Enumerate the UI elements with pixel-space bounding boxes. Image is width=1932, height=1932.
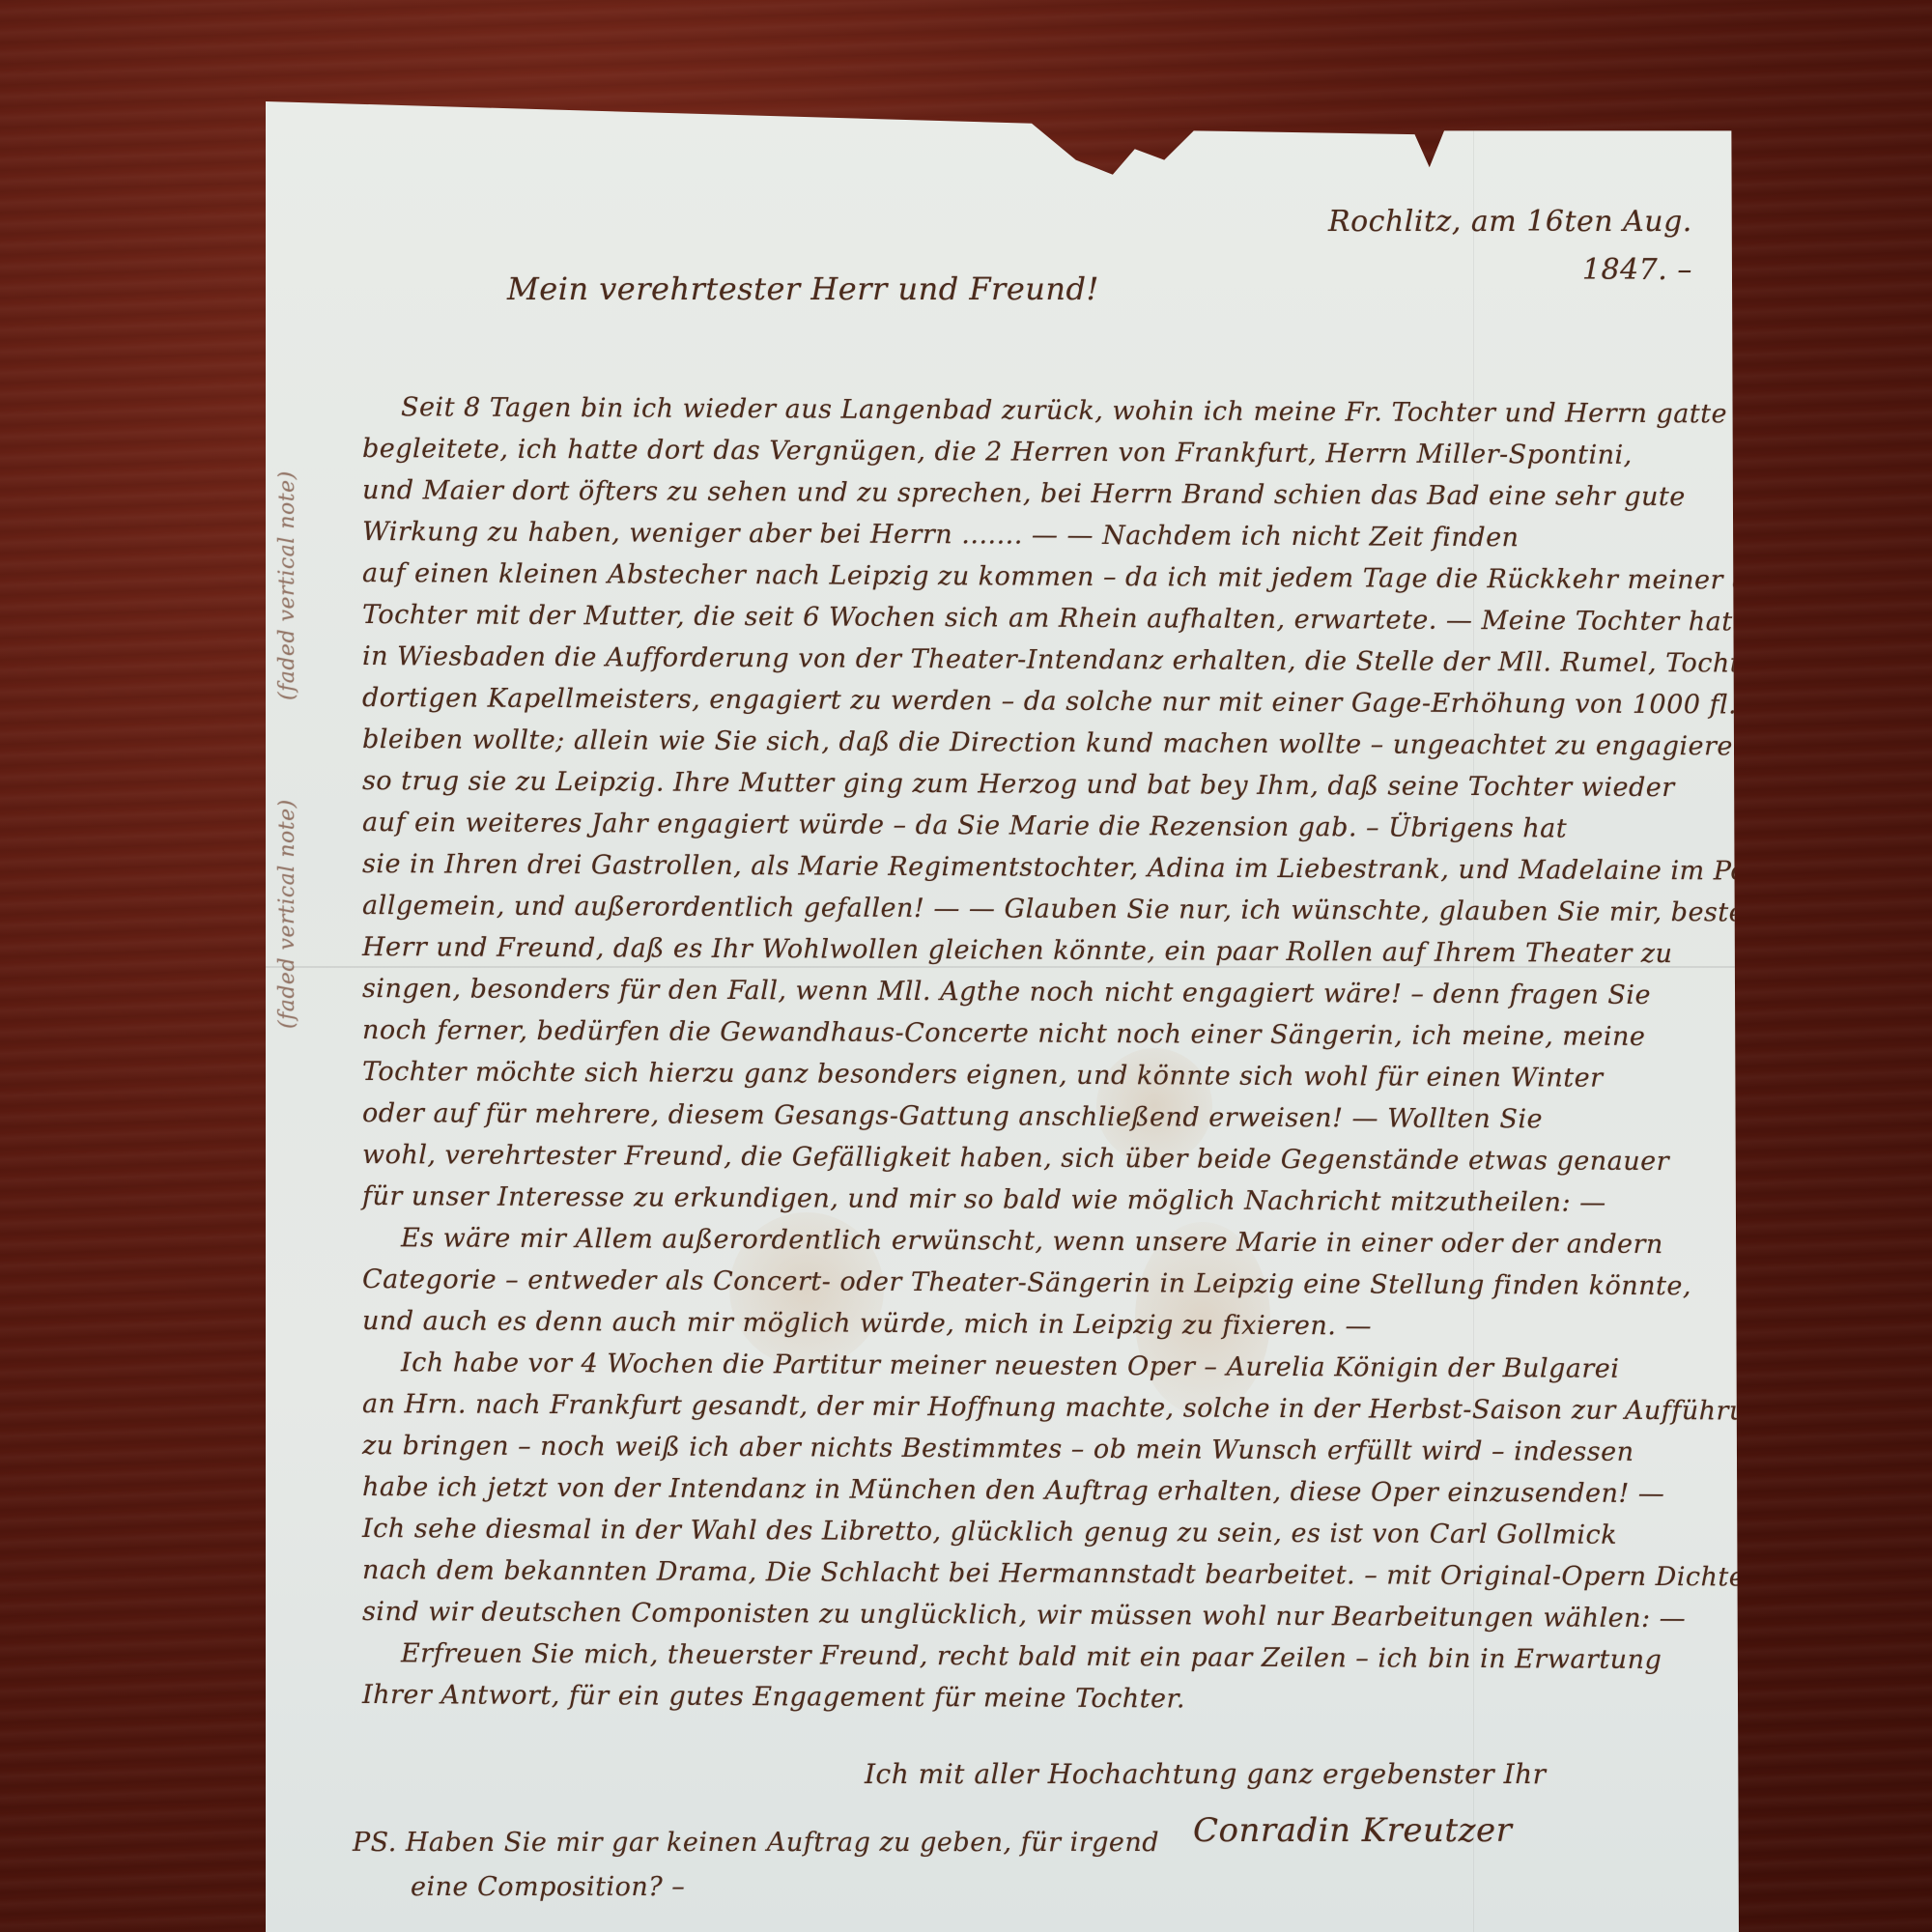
- body-line: sind wir deutschen Componisten zu unglüc…: [362, 1591, 1715, 1639]
- body-line: allgemein, und außerordentlich gefallen!…: [362, 885, 1715, 933]
- body-line: an Hrn. nach Frankfurt gesandt, der mir …: [362, 1383, 1715, 1432]
- margin-note: (faded vertical note): [275, 470, 299, 700]
- postscript: PS. Haben Sie mir gar keinen Auftrag zu …: [353, 1821, 1159, 1910]
- body-line: Erfreuen Sie mich, theuerster Freund, re…: [362, 1633, 1715, 1681]
- body-line: wohl, verehrtester Freund, die Gefälligk…: [362, 1134, 1715, 1182]
- body-line: habe ich jetzt von der Intendanz in Münc…: [362, 1466, 1715, 1515]
- place-date: Rochlitz, am 16ten Aug. 1847. –: [1328, 198, 1692, 295]
- body-line: für unser Interesse zu erkundigen, und m…: [362, 1176, 1715, 1224]
- postscript-line: eine Composition? –: [353, 1865, 1159, 1910]
- body-line: und auch es denn auch mir möglich würde,…: [362, 1300, 1715, 1349]
- postscript-line: PS. Haben Sie mir gar keinen Auftrag zu …: [353, 1821, 1159, 1865]
- body-line: so trug sie zu Leipzig. Ihre Mutter ging…: [362, 760, 1715, 809]
- body-line: Tochter mit der Mutter, die seit 6 Woche…: [362, 594, 1715, 642]
- body-line: dortigen Kapellmeisters, engagiert zu we…: [362, 677, 1715, 725]
- year-line: 1847. –: [1328, 246, 1692, 295]
- body-line: bleiben wollte; allein wie Sie sich, daß…: [362, 719, 1715, 767]
- body-line: Categorie – entweder als Concert- oder T…: [362, 1259, 1715, 1307]
- body-line: Ihrer Antwort, für ein gutes Engagement …: [362, 1674, 1715, 1722]
- letter-body: Seit 8 Tagen bin ich wieder aus Langenba…: [362, 386, 1715, 1716]
- body-line: zu bringen – noch weiß ich aber nichts B…: [362, 1425, 1715, 1473]
- body-line: und Maier dort öfters zu sehen und zu sp…: [362, 469, 1715, 518]
- body-line: Seit 8 Tagen bin ich wieder aus Langenba…: [362, 386, 1715, 435]
- body-line: nach dem bekannten Drama, Die Schlacht b…: [362, 1549, 1715, 1598]
- body-line: singen, besonders für den Fall, wenn Mll…: [362, 968, 1715, 1016]
- body-line: Wirkung zu haben, weniger aber bei Herrn…: [362, 511, 1715, 559]
- body-line: Ich sehe diesmal in der Wahl des Librett…: [362, 1508, 1715, 1556]
- body-line: auf ein weiteres Jahr engagiert würde – …: [362, 802, 1715, 850]
- body-line: Herr und Freund, daß es Ihr Wohlwollen g…: [362, 926, 1715, 975]
- margin-note: (faded vertical note): [275, 799, 299, 1029]
- signature: Conradin Kreutzer: [1193, 1811, 1512, 1850]
- body-line: noch ferner, bedürfen die Gewandhaus-Con…: [362, 1009, 1715, 1058]
- body-line: Ich habe vor 4 Wochen die Partitur meine…: [362, 1342, 1715, 1390]
- letter-sheet: (faded vertical note) (faded vertical no…: [266, 101, 1739, 1932]
- salutation: Mein verehrtester Herr und Freund!: [507, 270, 1099, 307]
- place-date-line: Rochlitz, am 16ten Aug.: [1328, 198, 1692, 246]
- closing-formula: Ich mit aller Hochachtung ganz ergebenst…: [865, 1758, 1547, 1790]
- body-line: sie in Ihren drei Gastrollen, als Marie …: [362, 843, 1715, 892]
- body-line: Tochter möchte sich hierzu ganz besonder…: [362, 1051, 1715, 1099]
- body-line: Es wäre mir Allem außerordentlich erwüns…: [362, 1217, 1715, 1265]
- body-line: in Wiesbaden die Aufforderung von der Th…: [362, 636, 1715, 684]
- body-line: begleitete, ich hatte dort das Vergnügen…: [362, 428, 1715, 476]
- body-line: oder auf für mehrere, diesem Gesangs-Gat…: [362, 1093, 1715, 1141]
- body-line: auf einen kleinen Abstecher nach Leipzig…: [362, 553, 1715, 601]
